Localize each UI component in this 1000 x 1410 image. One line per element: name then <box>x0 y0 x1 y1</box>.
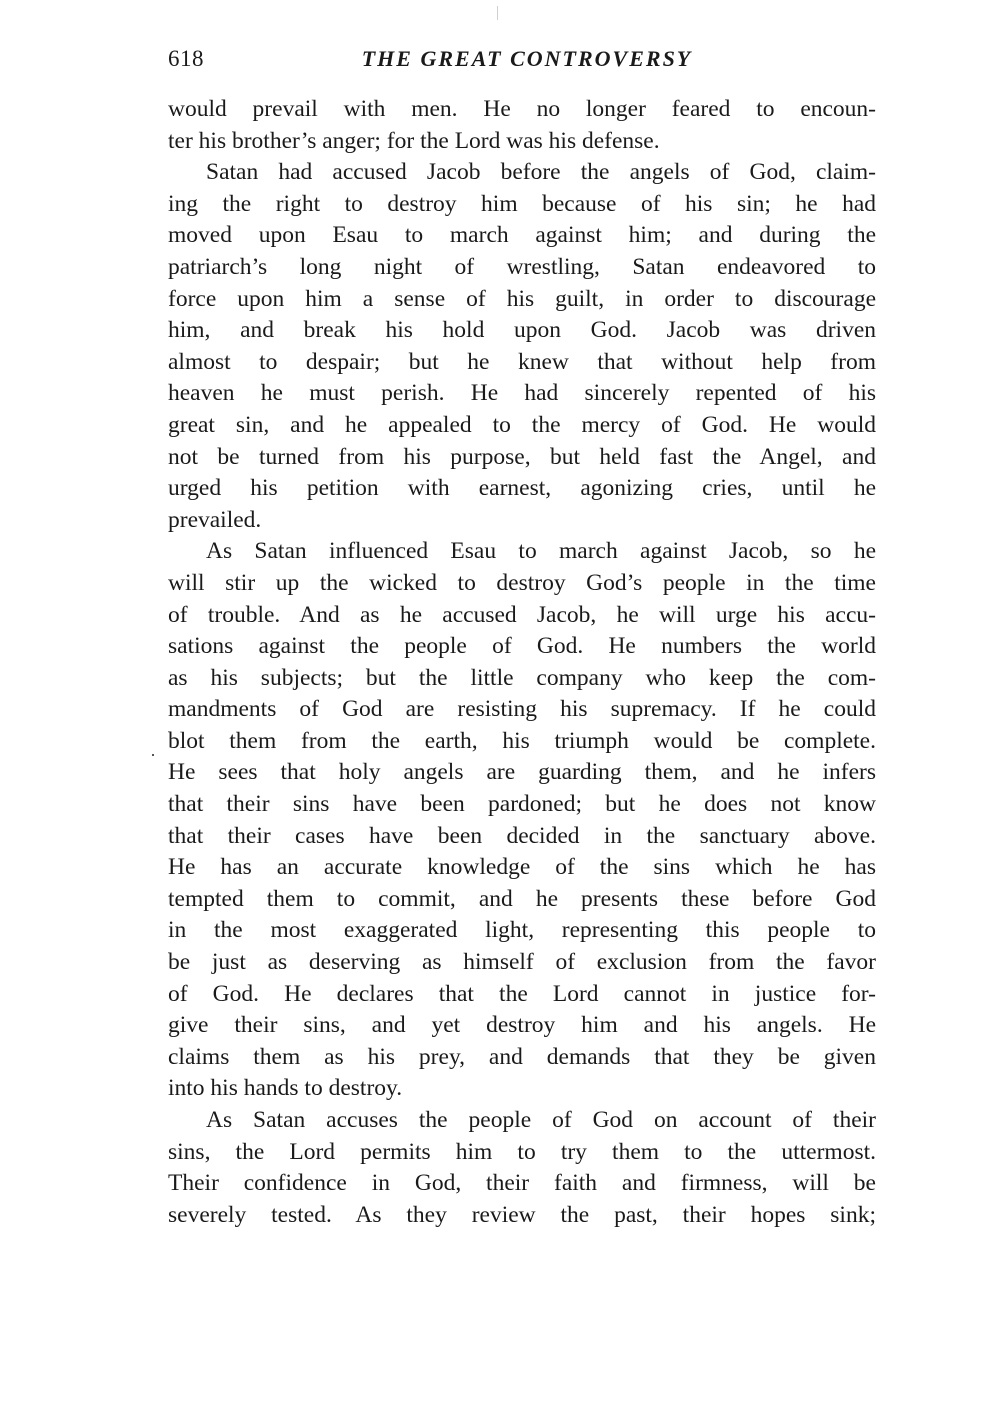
text-line: give their sins, and yet destroy him and… <box>168 1010 876 1042</box>
text-line: urged his petition with earnest, agonizi… <box>168 473 876 505</box>
text-line: force upon him a sense of his guilt, in … <box>168 284 876 316</box>
text-line: sations against the people of God. He nu… <box>168 631 876 663</box>
text-line: Their confidence in God, their faith and… <box>168 1168 876 1200</box>
text-line: prevailed. <box>168 505 876 537</box>
text-line: almost to despair; but he knew that with… <box>168 347 876 379</box>
paragraph: Satan had accused Jacob before the angel… <box>168 157 876 536</box>
text-line: As Satan influenced Esau to march agains… <box>168 536 876 568</box>
text-line: He has an accurate knowledge of the sins… <box>168 852 876 884</box>
paragraph: As Satan accuses the people of God on ac… <box>168 1105 876 1231</box>
running-title: THE GREAT CONTROVERSY <box>168 46 876 72</box>
text-line: that their sins have been pardoned; but … <box>168 789 876 821</box>
text-line: him, and break his hold upon God. Jacob … <box>168 315 876 347</box>
text-line: ter his brother’s anger; for the Lord wa… <box>168 126 876 158</box>
text-line: tempted them to commit, and he presents … <box>168 884 876 916</box>
text-line: mandments of God are resisting his supre… <box>168 694 876 726</box>
text-line: not be turned from his purpose, but held… <box>168 442 876 474</box>
text-line: sins, the Lord permits him to try them t… <box>168 1137 876 1169</box>
text-line: of God. He declares that the Lord cannot… <box>168 979 876 1011</box>
text-line: heaven he must perish. He had sincerely … <box>168 378 876 410</box>
text-line: blot them from the earth, his triumph wo… <box>168 726 876 758</box>
book-page: 618 THE GREAT CONTROVERSY would prevail … <box>0 0 1000 1410</box>
scan-artifact-mark <box>497 6 498 20</box>
text-line: would prevail with men. He no longer fea… <box>168 94 876 126</box>
text-line: great sin, and he appealed to the mercy … <box>168 410 876 442</box>
text-line: be just as deserving as himself of exclu… <box>168 947 876 979</box>
text-line: He sees that holy angels are guarding th… <box>168 757 876 789</box>
text-line: in the most exaggerated light, represent… <box>168 915 876 947</box>
text-line: into his hands to destroy. <box>168 1073 876 1105</box>
text-line: of trouble. And as he accused Jacob, he … <box>168 600 876 632</box>
text-line: severely tested. As they review the past… <box>168 1200 876 1232</box>
text-line: ing the right to destroy him because of … <box>168 189 876 221</box>
text-line: As Satan accuses the people of God on ac… <box>168 1105 876 1137</box>
text-line: will stir up the wicked to destroy God’s… <box>168 568 876 600</box>
text-line: claims them as his prey, and demands tha… <box>168 1042 876 1074</box>
text-line: patriarch’s long night of wrestling, Sat… <box>168 252 876 284</box>
text-line: that their cases have been decided in th… <box>168 821 876 853</box>
scan-artifact-dot <box>152 754 154 756</box>
body-text: would prevail with men. He no longer fea… <box>168 94 876 1231</box>
text-line: moved upon Esau to march against him; an… <box>168 220 876 252</box>
paragraph: would prevail with men. He no longer fea… <box>168 94 876 157</box>
running-head: 618 THE GREAT CONTROVERSY <box>168 46 876 76</box>
paragraph: As Satan influenced Esau to march agains… <box>168 536 876 1105</box>
text-line: as his subjects; but the little company … <box>168 663 876 695</box>
text-line: Satan had accused Jacob before the angel… <box>168 157 876 189</box>
